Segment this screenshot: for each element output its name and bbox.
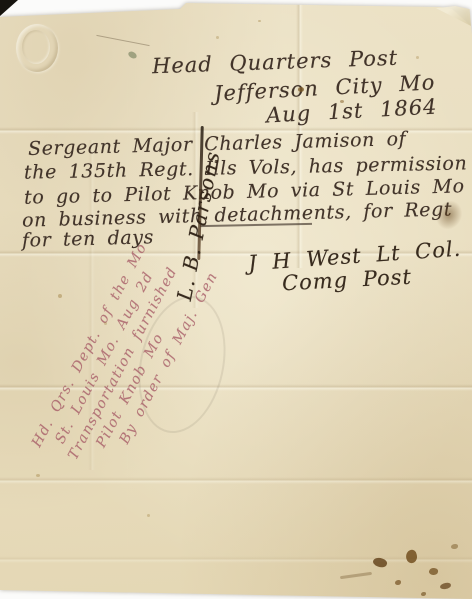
ink-blot [428, 567, 438, 575]
ink-blot [451, 544, 458, 549]
stain-spot [258, 20, 261, 22]
fold-crease [0, 477, 472, 484]
scratch-mark [96, 35, 149, 46]
paper-wrap: Hd. Qrs. Dept. of the Mo St. Louis Mo. A… [0, 0, 472, 599]
document-scan: Hd. Qrs. Dept. of the Mo St. Louis Mo. A… [0, 0, 472, 599]
body-line-5: for ten days [22, 226, 154, 251]
stain-spot [58, 294, 62, 298]
stain-spot [298, 87, 304, 92]
ink-blot [440, 582, 452, 589]
fold-crease [0, 556, 472, 563]
stain-spot [416, 56, 419, 59]
ink-smear [340, 572, 372, 579]
ink-blot [421, 592, 426, 596]
embossed-seal [16, 24, 58, 72]
stain-spot [340, 100, 344, 103]
green-mark [127, 50, 138, 60]
stain-spot [104, 322, 107, 325]
ink-blot [395, 580, 401, 585]
embossed-seal-inner [22, 30, 50, 64]
stain-spot [147, 514, 150, 517]
paper-sheet: Hd. Qrs. Dept. of the Mo St. Louis Mo. A… [0, 0, 472, 599]
stain-spot [216, 36, 219, 39]
stain-spot [36, 474, 40, 477]
